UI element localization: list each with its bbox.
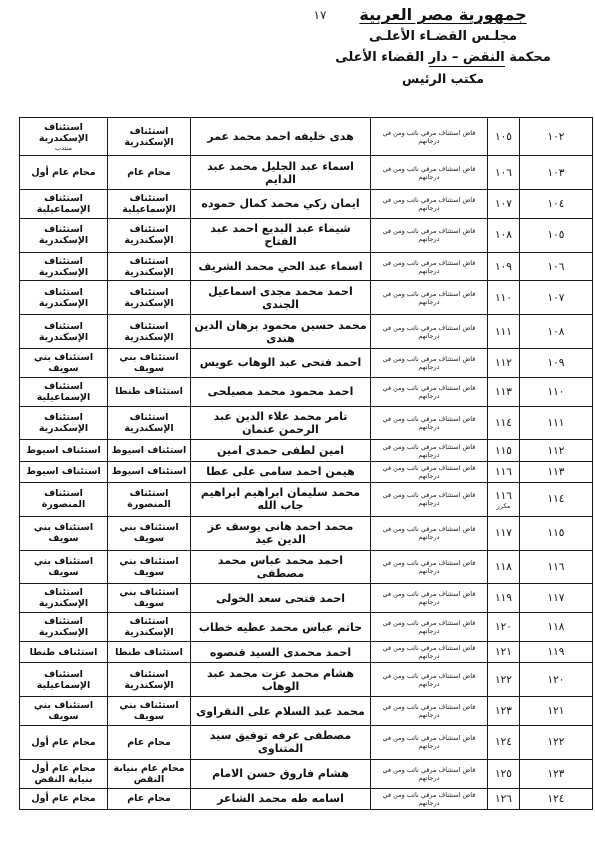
- order-number-cell: ١٠٩: [488, 252, 520, 281]
- serial-number-cell: ١٢٣: [520, 759, 593, 788]
- table-row: ١١٦ ١١٨ قاض استئناف مرقي نائب ومن في درج…: [20, 550, 593, 584]
- court-left-cell: استئناف الإسكندرية: [20, 315, 108, 349]
- court-left-cell: استئناف الإسكندرية: [20, 406, 108, 440]
- judge-name-cell: اسماء عبد الجليل محمد عبد الدايم: [191, 156, 371, 190]
- serial-number: ١٢٠: [548, 674, 565, 686]
- order-number: ١٢٤: [495, 736, 512, 748]
- serial-number: ١١٠: [548, 386, 565, 398]
- judge-name-cell: محمد عبد السلام على النقراوى: [191, 697, 371, 726]
- court-left-text: استئناف بني سويف: [34, 700, 93, 722]
- role-cell: قاض استئناف مرقي نائب ومن في درجاتهم: [371, 516, 488, 550]
- court-left-text: استئناف طنطا: [30, 647, 98, 658]
- order-number: ١١١: [495, 326, 512, 338]
- table-row: ١٢٠ ١٢٢ قاض استئناف مرقي نائب ومن في درج…: [20, 663, 593, 697]
- serial-number: ١٢٤: [548, 793, 565, 805]
- court-left-text: استئناف الإسماعيلية: [37, 193, 91, 215]
- court-right-cell: استئناف بني سويف: [108, 516, 191, 550]
- role-cell: قاض استئناف مرقي نائب ومن في درجاتهم: [371, 156, 488, 190]
- judge-name-cell: تامر محمد علاء الدين عبد الرحمن عتمان: [191, 406, 371, 440]
- judge-name-cell: احمد محمد مجدى اسماعيل الجندى: [191, 281, 371, 315]
- order-number: ١١٤: [495, 417, 512, 429]
- table-row: ١١٨ ١٢٠ قاض استئناف مرقي نائب ومن في درج…: [20, 613, 593, 642]
- court-left-cell: استئناف بني سويف: [20, 516, 108, 550]
- header-court-line: محكمة النقض – دار القضاء الأعلى: [325, 50, 561, 65]
- court-left-cell: محام عام أول: [20, 156, 108, 190]
- court-left-text: استئناف الإسماعيلية: [37, 381, 91, 403]
- order-number-cell: ١١٨: [488, 550, 520, 584]
- court-left-text: استئناف بني سويف: [34, 556, 93, 578]
- court-left-cell: استئناف الإسماعيلية: [20, 663, 108, 697]
- order-number-cell: ١١٤: [488, 406, 520, 440]
- table-row: ١١٥ ١١٧ قاض استئناف مرقي نائب ومن في درج…: [20, 516, 593, 550]
- court-right-cell: استئناف الإسكندرية: [108, 218, 191, 252]
- court-right-cell: استئناف بني سويف: [108, 584, 191, 613]
- serial-number-cell: ١١٣: [520, 461, 593, 482]
- court-left-cell: محام عام أول بنيابة النقض: [20, 759, 108, 788]
- role-cell: قاض استئناف مرقي نائب ومن في درجاتهم: [371, 252, 488, 281]
- court-left-text: استئناف الإسماعيلية: [37, 669, 91, 691]
- role-cell: قاض استئناف مرقي نائب ومن في درجاتهم: [371, 725, 488, 759]
- serial-number-cell: ١٢٠: [520, 663, 593, 697]
- order-number: ١١٩: [495, 592, 512, 604]
- serial-number-cell: ١١٤: [520, 483, 593, 517]
- judge-name-cell: اسامه طه محمد الشاعر: [191, 788, 371, 809]
- serial-number: ١١٨: [548, 621, 565, 633]
- serial-number-cell: ١٠٨: [520, 315, 593, 349]
- court-right-cell: استئناف الإسكندرية: [108, 663, 191, 697]
- order-number-cell: ١٠٧: [488, 190, 520, 219]
- role-cell: قاض استئناف مرقي نائب ومن في درجاتهم: [371, 759, 488, 788]
- role-cell: قاض استئناف مرقي نائب ومن في درجاتهم: [371, 377, 488, 406]
- court-left-text: استئناف الإسكندرية: [39, 256, 88, 278]
- court-left-text: استئناف الإسكندرية: [39, 321, 88, 343]
- order-number: ١١٢: [495, 357, 512, 369]
- court-right-cell: استئناف المنصورة: [108, 483, 191, 517]
- serial-number: ١٢٣: [548, 768, 565, 780]
- order-number-cell: ١١٧: [488, 516, 520, 550]
- court-left-text: استئناف بني سويف: [34, 522, 93, 544]
- table-row: ١٠٧ ١١٠ قاض استئناف مرقي نائب ومن في درج…: [20, 281, 593, 315]
- table-row: ١١٠ ١١٣ قاض استئناف مرقي نائب ومن في درج…: [20, 377, 593, 406]
- order-number-cell: ١١٥: [488, 440, 520, 461]
- table-row: ١٢٣ ١٢٥ قاض استئناف مرقي نائب ومن في درج…: [20, 759, 593, 788]
- table-row: ١١٢ ١١٥ قاض استئناف مرقي نائب ومن في درج…: [20, 440, 593, 461]
- judge-name-cell: احمد فتحى سعد الخولى: [191, 584, 371, 613]
- court-right-cell: استئناف بني سويف: [108, 550, 191, 584]
- court-right-cell: استئناف الإسكندرية: [108, 406, 191, 440]
- court-left-cell: استئناف طنطا: [20, 642, 108, 663]
- serial-number-cell: ١٠٧: [520, 281, 593, 315]
- order-number-cell: ١٠٦: [488, 156, 520, 190]
- table-row: ١١٤ ١١٦مكرر قاض استئناف مرقي نائب ومن في…: [20, 483, 593, 517]
- order-number-cell: ١٢٤: [488, 725, 520, 759]
- court-left-cell: محام عام أول: [20, 725, 108, 759]
- order-number: ١١٥: [495, 445, 512, 457]
- order-number: ١١٨: [495, 561, 512, 573]
- role-cell: قاض استئناف مرقي نائب ومن في درجاتهم: [371, 483, 488, 517]
- court-left-cell: استئناف الإسكندريةمنتدب: [20, 118, 108, 156]
- role-cell: قاض استئناف مرقي نائب ومن في درجاتهم: [371, 550, 488, 584]
- serial-number: ١١٥: [548, 527, 565, 539]
- court-left-text: استئناف الإسكندرية: [39, 616, 88, 638]
- table-row: ١١٩ ١٢١ قاض استئناف مرقي نائب ومن في درج…: [20, 642, 593, 663]
- role-cell: قاض استئناف مرقي نائب ومن في درجاتهم: [371, 613, 488, 642]
- serial-number-cell: ١٠٦: [520, 252, 593, 281]
- table-row: ١١١ ١١٤ قاض استئناف مرقي نائب ومن في درج…: [20, 406, 593, 440]
- court-right-cell: استئناف طنطا: [108, 642, 191, 663]
- role-cell: قاض استئناف مرقي نائب ومن في درجاتهم: [371, 663, 488, 697]
- table-row: ١٠٩ ١١٢ قاض استئناف مرقي نائب ومن في درج…: [20, 349, 593, 378]
- table-row: ١٠٤ ١٠٧ قاض استئناف مرقي نائب ومن في درج…: [20, 190, 593, 219]
- role-cell: قاض استئناف مرقي نائب ومن في درجاتهم: [371, 697, 488, 726]
- order-number: ١٠٥: [495, 131, 512, 143]
- judge-name-cell: ايمان زكي محمد كمال حموده: [191, 190, 371, 219]
- judge-name-cell: محمد حسين محمود برهان الدين هندى: [191, 315, 371, 349]
- role-cell: قاض استئناف مرقي نائب ومن في درجاتهم: [371, 788, 488, 809]
- judge-name-cell: هشام فاروق حسن الامام: [191, 759, 371, 788]
- order-number: ١١٧: [495, 527, 512, 539]
- court-left-cell: استئناف المنصورة: [20, 483, 108, 517]
- serial-number-cell: ١٠٤: [520, 190, 593, 219]
- court-left-cell: استئناف الإسكندرية: [20, 252, 108, 281]
- header-office: مكتب الرئيس: [325, 71, 561, 86]
- order-number: ١٢٥: [495, 768, 512, 780]
- order-number: ١١٦: [495, 466, 512, 478]
- order-number: ١٢٠: [495, 621, 512, 633]
- order-number: ١٢٦: [495, 793, 512, 805]
- document-header: جمهورية مصر العربية مجلـس القضـاء الأعلـ…: [325, 5, 561, 86]
- order-number: ١٠٩: [495, 261, 512, 273]
- judge-name-cell: هيمن احمد سامى على عطا: [191, 461, 371, 482]
- court-left-cell: استئناف اسيوط: [20, 440, 108, 461]
- serial-number: ١٠٢: [548, 131, 565, 143]
- court-right-cell: استئناف الإسكندرية: [108, 281, 191, 315]
- court-right-cell: استئناف طنطا: [108, 377, 191, 406]
- court-left-cell: استئناف اسيوط: [20, 461, 108, 482]
- judge-name-cell: احمد فتحى عبد الوهاب عويس: [191, 349, 371, 378]
- order-number-cell: ١١٠: [488, 281, 520, 315]
- serial-number: ١٠٩: [548, 357, 565, 369]
- court-left-cell: استئناف الإسكندرية: [20, 218, 108, 252]
- judge-name-cell: هدى خليفه احمد محمد عمر: [191, 118, 371, 156]
- serial-number: ١٠٣: [548, 167, 565, 179]
- court-right-cell: استئناف اسيوط: [108, 461, 191, 482]
- court-left-cell: استئناف الإسماعيلية: [20, 377, 108, 406]
- order-number-cell: ١١٢: [488, 349, 520, 378]
- court-left-text: محام عام أول: [31, 793, 95, 804]
- order-number: ١٠٧: [495, 198, 512, 210]
- serial-number-cell: ١١١: [520, 406, 593, 440]
- judge-name-cell: محمد سليمان ابراهيم ابراهيم جاب الله: [191, 483, 371, 517]
- header-country: جمهورية مصر العربية: [325, 5, 561, 24]
- serial-number-cell: ١٠٩: [520, 349, 593, 378]
- serial-number-cell: ١٠٢: [520, 118, 593, 156]
- court-left-text: استئناف الإسكندرية: [39, 224, 88, 246]
- order-number: ١١٦: [495, 490, 512, 502]
- judge-name-cell: احمد محمدى السيد قنصوه: [191, 642, 371, 663]
- role-cell: قاض استئناف مرقي نائب ومن في درجاتهم: [371, 281, 488, 315]
- serial-number-cell: ١١٦: [520, 550, 593, 584]
- judge-name-cell: مصطفى عرفه توفيق سيد المتناوى: [191, 725, 371, 759]
- court-left-text: استئناف الإسكندرية: [39, 122, 88, 144]
- table-row: ١٢٤ ١٢٦ قاض استئناف مرقي نائب ومن في درج…: [20, 788, 593, 809]
- order-number-cell: ١٢١: [488, 642, 520, 663]
- order-number-cell: ١١١: [488, 315, 520, 349]
- header-court-underlined: النقض – دار: [429, 50, 505, 67]
- serial-number-cell: ١١٧: [520, 584, 593, 613]
- judges-roster-table: ١٠٢ ١٠٥ قاض استئناف مرقي نائب ومن في درج…: [19, 117, 593, 810]
- court-left-cell: استئناف الإسكندرية: [20, 281, 108, 315]
- court-right-cell: استئناف الإسكندرية: [108, 252, 191, 281]
- judge-name-cell: احمد محمود محمد مصيلحى: [191, 377, 371, 406]
- serial-number: ١١٦: [548, 561, 565, 573]
- order-number: ١٠٦: [495, 167, 512, 179]
- court-right-cell: استئناف الإسكندرية: [108, 315, 191, 349]
- court-right-cell: محام عام: [108, 156, 191, 190]
- order-number: ١٢١: [495, 646, 512, 658]
- role-cell: قاض استئناف مرقي نائب ومن في درجاتهم: [371, 440, 488, 461]
- court-left-cell: محام عام أول: [20, 788, 108, 809]
- order-number-cell: ١٠٥: [488, 118, 520, 156]
- serial-number: ١١٧: [548, 592, 565, 604]
- order-number: ١٢٢: [495, 674, 512, 686]
- serial-number-cell: ١١٩: [520, 642, 593, 663]
- court-left-note: منتدب: [22, 145, 105, 152]
- order-number-cell: ١١٣: [488, 377, 520, 406]
- role-cell: قاض استئناف مرقي نائب ومن في درجاتهم: [371, 406, 488, 440]
- court-left-text: استئناف الإسكندرية: [39, 287, 88, 309]
- order-number-cell: ١٢٣: [488, 697, 520, 726]
- table-row: ١٠٢ ١٠٥ قاض استئناف مرقي نائب ومن في درج…: [20, 118, 593, 156]
- court-left-cell: استئناف بني سويف: [20, 697, 108, 726]
- roster-body: ١٠٢ ١٠٥ قاض استئناف مرقي نائب ومن في درج…: [20, 118, 593, 810]
- court-left-cell: استئناف بني سويف: [20, 349, 108, 378]
- table-row: ١٢١ ١٢٣ قاض استئناف مرقي نائب ومن في درج…: [20, 697, 593, 726]
- role-cell: قاض استئناف مرقي نائب ومن في درجاتهم: [371, 642, 488, 663]
- court-left-text: محام عام أول بنيابة النقض: [31, 763, 95, 785]
- role-cell: قاض استئناف مرقي نائب ومن في درجاتهم: [371, 190, 488, 219]
- order-number-cell: ١٢٦: [488, 788, 520, 809]
- court-right-cell: استئناف بني سويف: [108, 349, 191, 378]
- serial-number-cell: ١١٥: [520, 516, 593, 550]
- serial-number: ١١٩: [548, 646, 565, 658]
- role-cell: قاض استئناف مرقي نائب ومن في درجاتهم: [371, 349, 488, 378]
- court-right-cell: محام عام بنيابة النقض: [108, 759, 191, 788]
- order-number: ١١٠: [495, 292, 512, 304]
- header-court-post: القضاء الأعلى: [335, 50, 429, 65]
- court-right-cell: محام عام: [108, 788, 191, 809]
- court-left-text: استئناف الإسكندرية: [39, 412, 88, 434]
- court-right-cell: استئناف الإسماعيلية: [108, 190, 191, 219]
- table-row: ١١٧ ١١٩ قاض استئناف مرقي نائب ومن في درج…: [20, 584, 593, 613]
- serial-number: ١٠٨: [548, 326, 565, 338]
- serial-number: ١١٤: [548, 493, 565, 505]
- role-cell: قاض استئناف مرقي نائب ومن في درجاتهم: [371, 118, 488, 156]
- serial-number-cell: ١١٢: [520, 440, 593, 461]
- court-left-cell: استئناف الإسكندرية: [20, 613, 108, 642]
- table-row: ١٠٥ ١٠٨ قاض استئناف مرقي نائب ومن في درج…: [20, 218, 593, 252]
- order-note: مكرر: [490, 503, 517, 510]
- serial-number: ١٢١: [548, 705, 565, 717]
- court-left-cell: استئناف الإسكندرية: [20, 584, 108, 613]
- judge-name-cell: امين لطفى حمدى امين: [191, 440, 371, 461]
- serial-number: ١١١: [548, 417, 565, 429]
- order-number: ١١٣: [495, 386, 512, 398]
- order-number: ١٢٣: [495, 705, 512, 717]
- serial-number: ١٠٥: [548, 229, 565, 241]
- court-right-cell: استئناف الإسكندرية: [108, 118, 191, 156]
- role-cell: قاض استئناف مرقي نائب ومن في درجاتهم: [371, 315, 488, 349]
- order-number-cell: ١٠٨: [488, 218, 520, 252]
- judge-name-cell: احمد محمد عباس محمد مصطفى: [191, 550, 371, 584]
- table-row: ١٢٢ ١٢٤ قاض استئناف مرقي نائب ومن في درج…: [20, 725, 593, 759]
- table-row: ١٠٦ ١٠٩ قاض استئناف مرقي نائب ومن في درج…: [20, 252, 593, 281]
- court-right-cell: محام عام: [108, 725, 191, 759]
- order-number-cell: ١١٦: [488, 461, 520, 482]
- table-row: ١٠٣ ١٠٦ قاض استئناف مرقي نائب ومن في درج…: [20, 156, 593, 190]
- court-left-text: محام عام أول: [31, 737, 95, 748]
- header-court-pre: محكمة: [505, 50, 551, 65]
- role-cell: قاض استئناف مرقي نائب ومن في درجاتهم: [371, 584, 488, 613]
- serial-number-cell: ١٠٥: [520, 218, 593, 252]
- judge-name-cell: حاتم عباس محمد عطيه خطاب: [191, 613, 371, 642]
- serial-number-cell: ١٢٢: [520, 725, 593, 759]
- court-left-cell: استئناف بني سويف: [20, 550, 108, 584]
- serial-number-cell: ١٠٣: [520, 156, 593, 190]
- court-left-text: استئناف بني سويف: [34, 352, 93, 374]
- judge-name-cell: هشام محمد عزت محمد عبد الوهاب: [191, 663, 371, 697]
- court-left-cell: استئناف الإسماعيلية: [20, 190, 108, 219]
- serial-number-cell: ١٢٤: [520, 788, 593, 809]
- order-number-cell: ١٢٥: [488, 759, 520, 788]
- serial-number: ١١٢: [548, 445, 565, 457]
- serial-number-cell: ١١٨: [520, 613, 593, 642]
- serial-number-cell: ١٢١: [520, 697, 593, 726]
- role-cell: قاض استئناف مرقي نائب ومن في درجاتهم: [371, 461, 488, 482]
- court-left-text: استئناف اسيوط: [26, 445, 100, 456]
- serial-number: ١٠٧: [548, 292, 565, 304]
- serial-number: ١١٣: [548, 466, 565, 478]
- serial-number-cell: ١١٠: [520, 377, 593, 406]
- court-right-cell: استئناف الإسكندرية: [108, 613, 191, 642]
- role-cell: قاض استئناف مرقي نائب ومن في درجاتهم: [371, 218, 488, 252]
- court-right-cell: استئناف بني سويف: [108, 697, 191, 726]
- serial-number: ١٠٤: [548, 198, 565, 210]
- judge-name-cell: محمد احمد هانى يوسف عز الدين عيد: [191, 516, 371, 550]
- court-left-text: استئناف المنصورة: [42, 488, 85, 510]
- header-council: مجلـس القضـاء الأعلـى: [325, 29, 561, 44]
- order-number-cell: ١٢٠: [488, 613, 520, 642]
- order-number: ١٠٨: [495, 229, 512, 241]
- serial-number: ١٠٦: [548, 261, 565, 273]
- court-left-text: استئناف الإسكندرية: [39, 587, 88, 609]
- court-right-cell: استئناف اسيوط: [108, 440, 191, 461]
- serial-number: ١٢٢: [548, 736, 565, 748]
- order-number-cell: ١١٩: [488, 584, 520, 613]
- order-number-cell: ١٢٢: [488, 663, 520, 697]
- court-left-text: محام عام أول: [31, 167, 95, 178]
- table-row: ١٠٨ ١١١ قاض استئناف مرقي نائب ومن في درج…: [20, 315, 593, 349]
- judge-name-cell: اسماء عبد الحي محمد الشريف: [191, 252, 371, 281]
- order-number-cell: ١١٦مكرر: [488, 483, 520, 517]
- judge-name-cell: شيماء عبد البديع احمد عبد الفتاح: [191, 218, 371, 252]
- court-left-text: استئناف اسيوط: [26, 466, 100, 477]
- table-row: ١١٣ ١١٦ قاض استئناف مرقي نائب ومن في درج…: [20, 461, 593, 482]
